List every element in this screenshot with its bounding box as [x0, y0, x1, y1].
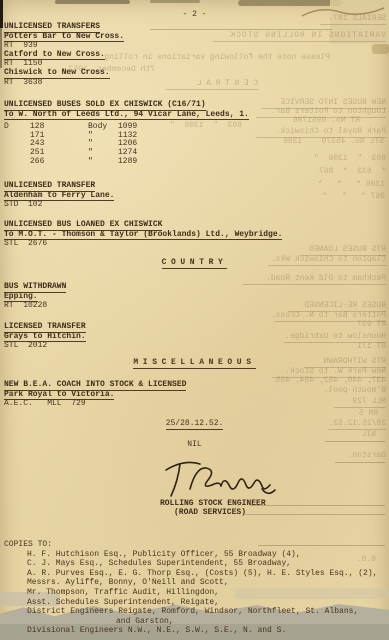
- bleedthrough-text: RT 937: [340, 321, 386, 330]
- stock-number: STD 102: [4, 201, 114, 210]
- bleedthrough-text: 603 " 1306 ": [300, 155, 386, 164]
- bleedthrough-text: NIL: [350, 431, 376, 440]
- stock-number: A.E.C. MLL 729: [4, 400, 186, 409]
- country-heading: COUNTRY: [0, 259, 389, 269]
- fleet-table: D 128 Body 1099 171 " 1132 243 " 1206 25…: [4, 123, 249, 166]
- bleedthrough-text: CENTRAL: [166, 80, 258, 90]
- section-bea-coach: NEW B.E.A. COACH INTO STOCK & LICENSED P…: [4, 381, 186, 409]
- scan-edge-mark: [0, 28, 2, 68]
- bleedthrough-text: * 632 * 867: [300, 168, 386, 177]
- fleet-number: 266: [30, 158, 88, 167]
- copies-line: Messrs. Ayliffe, Bonny, O'Neill and Scot…: [4, 578, 377, 588]
- bleedthrough-text: RT No. 0951786: [250, 117, 360, 126]
- fleet-prefix: [4, 158, 30, 167]
- bleedthrough-text: VARIATIONS IN ROLLING STOCK: [213, 32, 386, 42]
- bleedthrough-text: 437, 440, 452, 454, 455: [256, 377, 386, 386]
- date-line: 25/28.12.52.: [0, 420, 389, 430]
- copies-line: District Engineers Reigate, Romford, Win…: [4, 607, 377, 617]
- copies-line: Divisional Engineers N.W., N.E., S.W., S…: [4, 626, 377, 636]
- stock-number: STL 2012: [4, 342, 86, 351]
- ghost-underline: [250, 505, 385, 506]
- bleedthrough-text: RM 5: [348, 410, 378, 419]
- body-number: 1289: [118, 158, 137, 167]
- stock-number: RT 10228: [4, 302, 66, 311]
- copies-heading: COPIES TO:: [4, 540, 377, 550]
- section-licensed-transfer: LICENSED TRANSFER Grays to Hitchin. STL …: [4, 323, 86, 351]
- section-unlicensed-transfers: UNLICENSED TRANSFERS Potters Bar to New …: [4, 23, 124, 87]
- copies-line: and Garston,: [4, 617, 377, 627]
- signatory-title: (ROAD SERVICES): [160, 509, 266, 518]
- bleedthrough-text: 867 * * *: [305, 193, 385, 202]
- ghost-underline: [245, 514, 385, 515]
- bleedthrough-text: 1386 * * *: [305, 181, 385, 190]
- bleedthrough-text: Peckham to Old Kent Road.: [242, 275, 386, 285]
- stain: [150, 0, 200, 3]
- stain: [55, 0, 130, 4]
- stock-number: RT 3638: [4, 79, 124, 88]
- ditto-mark: ": [88, 158, 118, 167]
- bleedthrough-text: B'mouth pool.: [330, 387, 386, 396]
- bleedthrough-text: MLL 729: [334, 398, 386, 408]
- nil-entry: NIL: [0, 441, 389, 450]
- section-unlicensed-transfer: UNLICENSED TRANSFER Aldenham to Ferry La…: [4, 182, 114, 210]
- ghost-underline: [150, 29, 332, 30]
- handwritten-signature: [158, 455, 278, 503]
- section-buses-sold: UNLICENSED BUSES SOLD EX CHISWICK (C16/7…: [4, 101, 249, 166]
- copies-section: COPIES TO: H. F. Hutchison Esq., Publici…: [4, 540, 377, 636]
- table-row: 266 " 1289: [4, 158, 249, 167]
- bleedthrough-text: Garston.: [340, 452, 386, 461]
- copies-line: Asst. Schedules Superintendent, Reigate,: [4, 598, 377, 608]
- copies-line: Mr. Thompson, Traffic Audit, Hillingdon,: [4, 588, 377, 598]
- ghost-underline: [335, 462, 385, 463]
- bleedthrough-text: RT 171: [346, 343, 386, 352]
- scanned-document-page: - 2 - UNLICENSED TRANSFERS Potters Bar t…: [0, 0, 389, 640]
- consignee-line: To W. North of Leeds Ltd., 94 Vicar Lane…: [4, 111, 249, 121]
- page-number: - 2 -: [0, 11, 389, 20]
- copies-line: H. F. Hutchison Esq., Publicity Officer,…: [4, 550, 377, 560]
- stain: [372, 44, 389, 54]
- copies-line: A. R. Purves Esq., E. G. Thorp Esq., (Co…: [4, 569, 377, 579]
- bleedthrough-text: STL No. 45370 1386: [250, 138, 384, 147]
- fleet-prefix: [4, 149, 30, 158]
- fleet-prefix: D: [4, 123, 30, 132]
- stock-number: STL 2676: [4, 240, 282, 249]
- section-bus-withdrawn: BUS WITHDRAWN Epping. RT 10228: [4, 283, 66, 311]
- fleet-prefix: [4, 132, 30, 141]
- signature-block: ROLLING STOCK ENGINEER (ROAD SERVICES): [160, 500, 266, 517]
- miscellaneous-heading: MISCELLANEOUS: [0, 359, 389, 369]
- copies-line: C. J. Mays Esq., Schedules Superintenden…: [4, 559, 377, 569]
- fleet-prefix: [4, 140, 30, 149]
- section-bus-loaned: UNLICENSED BUS LOANED EX CHISWICK To M.O…: [4, 221, 282, 249]
